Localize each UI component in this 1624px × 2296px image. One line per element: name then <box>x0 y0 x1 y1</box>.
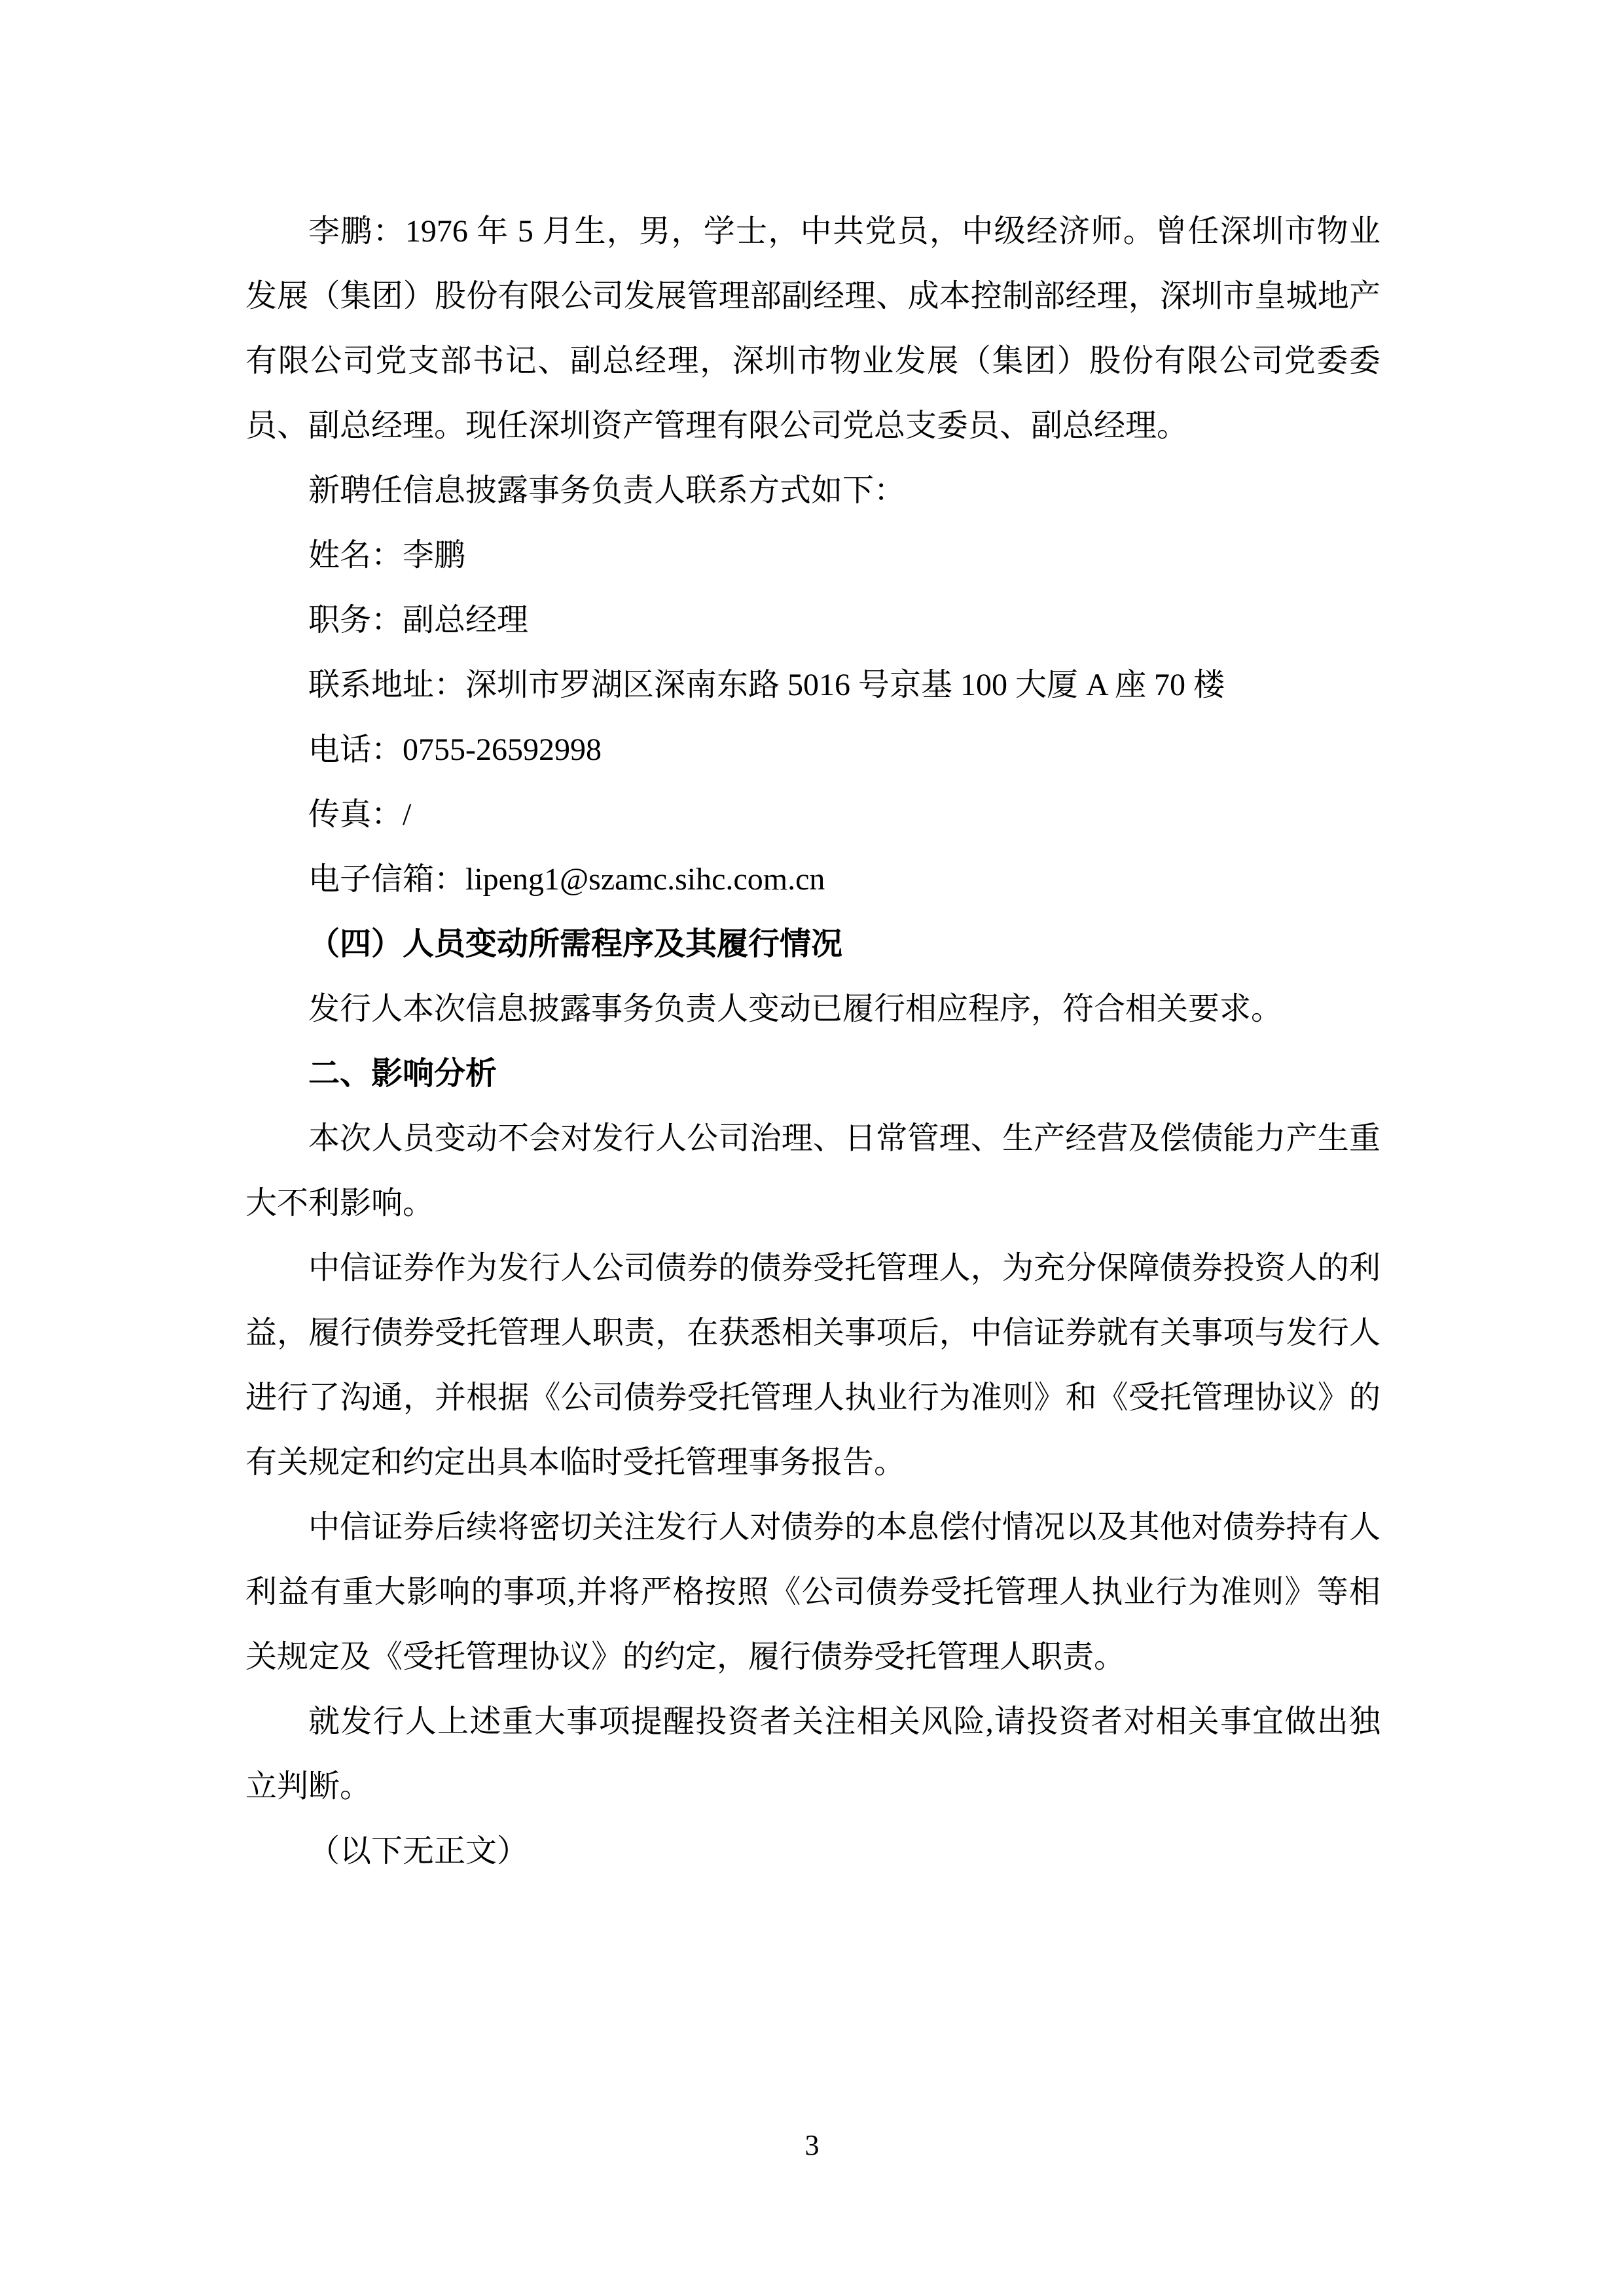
paragraph-impact: 本次人员变动不会对发行人公司治理、日常管理、生产经营及偿债能力产生重大不利影响。 <box>245 1106 1380 1236</box>
paragraph-bio: 李鹏：1976 年 5 月生，男，学士，中共党员，中级经济师。曾任深圳市物业发展… <box>245 199 1380 458</box>
document-body: 李鹏：1976 年 5 月生，男，学士，中共党员，中级经济师。曾任深圳市物业发展… <box>245 199 1380 1884</box>
paragraph-contact-intro: 新聘任信息披露事务负责人联系方式如下： <box>245 458 1380 523</box>
paragraph-trustee-report: 中信证券作为发行人公司债券的债券受托管理人，为充分保障债券投资人的利益，履行债券… <box>245 1236 1380 1495</box>
field-fax: 传真：/ <box>245 782 1380 847</box>
field-name: 姓名：李鹏 <box>245 523 1380 588</box>
page-footer: 3 <box>0 2126 1624 2165</box>
field-title: 职务：副总经理 <box>245 588 1380 653</box>
paragraph-procedure: 发行人本次信息披露事务负责人变动已履行相应程序，符合相关要求。 <box>245 977 1380 1041</box>
document-page: 李鹏：1976 年 5 月生，男，学士，中共党员，中级经济师。曾任深圳市物业发展… <box>0 0 1624 2296</box>
field-address: 联系地址：深圳市罗湖区深南东路 5016 号京基 100 大厦 A 座 70 楼 <box>245 653 1380 717</box>
field-phone: 电话：0755-26592998 <box>245 717 1380 782</box>
paragraph-investor-reminder: 就发行人上述重大事项提醒投资者关注相关风险,请投资者对相关事宜做出独立判断。 <box>245 1689 1380 1819</box>
field-email: 电子信箱：lipeng1@szamc.sihc.com.cn <box>245 847 1380 912</box>
page-number: 3 <box>805 2129 820 2161</box>
paragraph-end-note: （以下无正文） <box>245 1819 1380 1884</box>
paragraph-trustee-followup: 中信证券后续将密切关注发行人对债券的本息偿付情况以及其他对债券持有人利益有重大影… <box>245 1495 1380 1689</box>
heading-impact-analysis: 二、影响分析 <box>245 1041 1380 1106</box>
heading-section-four: （四）人员变动所需程序及其履行情况 <box>245 912 1380 977</box>
